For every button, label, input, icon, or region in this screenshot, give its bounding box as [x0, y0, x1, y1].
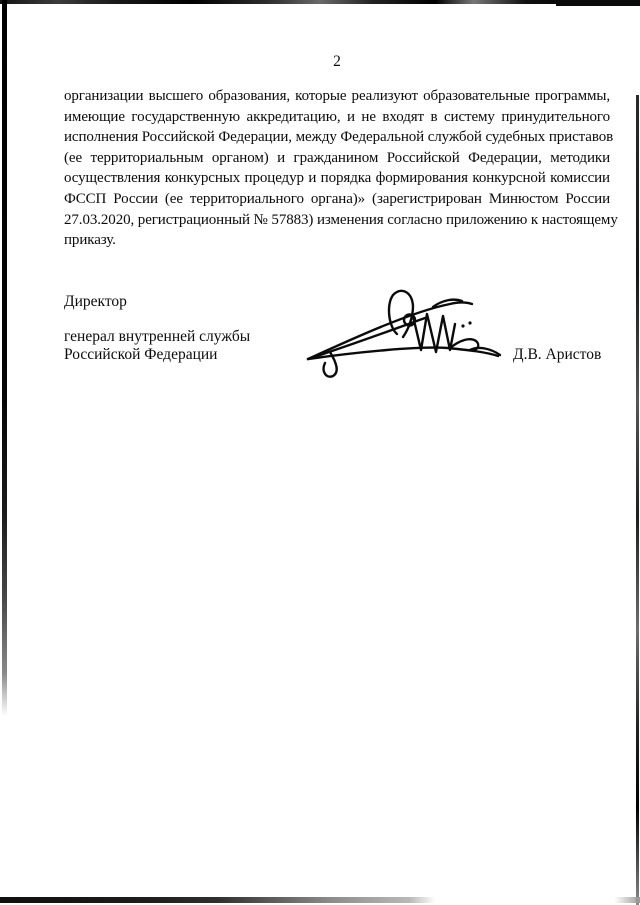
paragraph-line: приказу.: [64, 230, 610, 251]
scan-edge-left: [2, 0, 7, 716]
paragraph-line: осуществления конкурсных процедур и поря…: [64, 168, 610, 189]
scan-edge-right: [636, 95, 639, 905]
paragraph-line: (ее территориальным органом) и гражданин…: [64, 148, 610, 169]
signer-rank-line2: Российской Федерации: [64, 346, 250, 364]
signer-rank: генерал внутренней службы Российской Фед…: [64, 328, 250, 363]
scan-edge-top: [0, 0, 640, 4]
paragraph-line: организации высшего образования, которые…: [64, 86, 610, 107]
signature-dot: [461, 324, 464, 327]
scan-edge-top-right: [556, 0, 640, 6]
signature-handwritten: [298, 280, 510, 384]
signature-dot: [468, 321, 471, 324]
paragraph-line: 27.03.2020, регистрационный № 57883) изм…: [64, 210, 610, 231]
signer-rank-line1: генерал внутренней службы: [64, 328, 250, 346]
signer-title: Директор: [64, 293, 127, 311]
paragraph-line: ФССП России (ее территориального органа)…: [64, 189, 610, 210]
signer-name: Д.В. Аристов: [513, 346, 601, 364]
document-paragraph: организации высшего образования, которые…: [64, 86, 610, 251]
paragraph-line: имеющие государственную аккредитацию, и …: [64, 107, 610, 128]
scan-edge-bottom: [0, 897, 640, 903]
document-page: 2 организации высшего образования, котор…: [0, 0, 640, 905]
paragraph-line: исполнения Российской Федерации, между Ф…: [64, 127, 610, 148]
signature-stroke: [450, 339, 500, 355]
page-number: 2: [64, 53, 610, 71]
